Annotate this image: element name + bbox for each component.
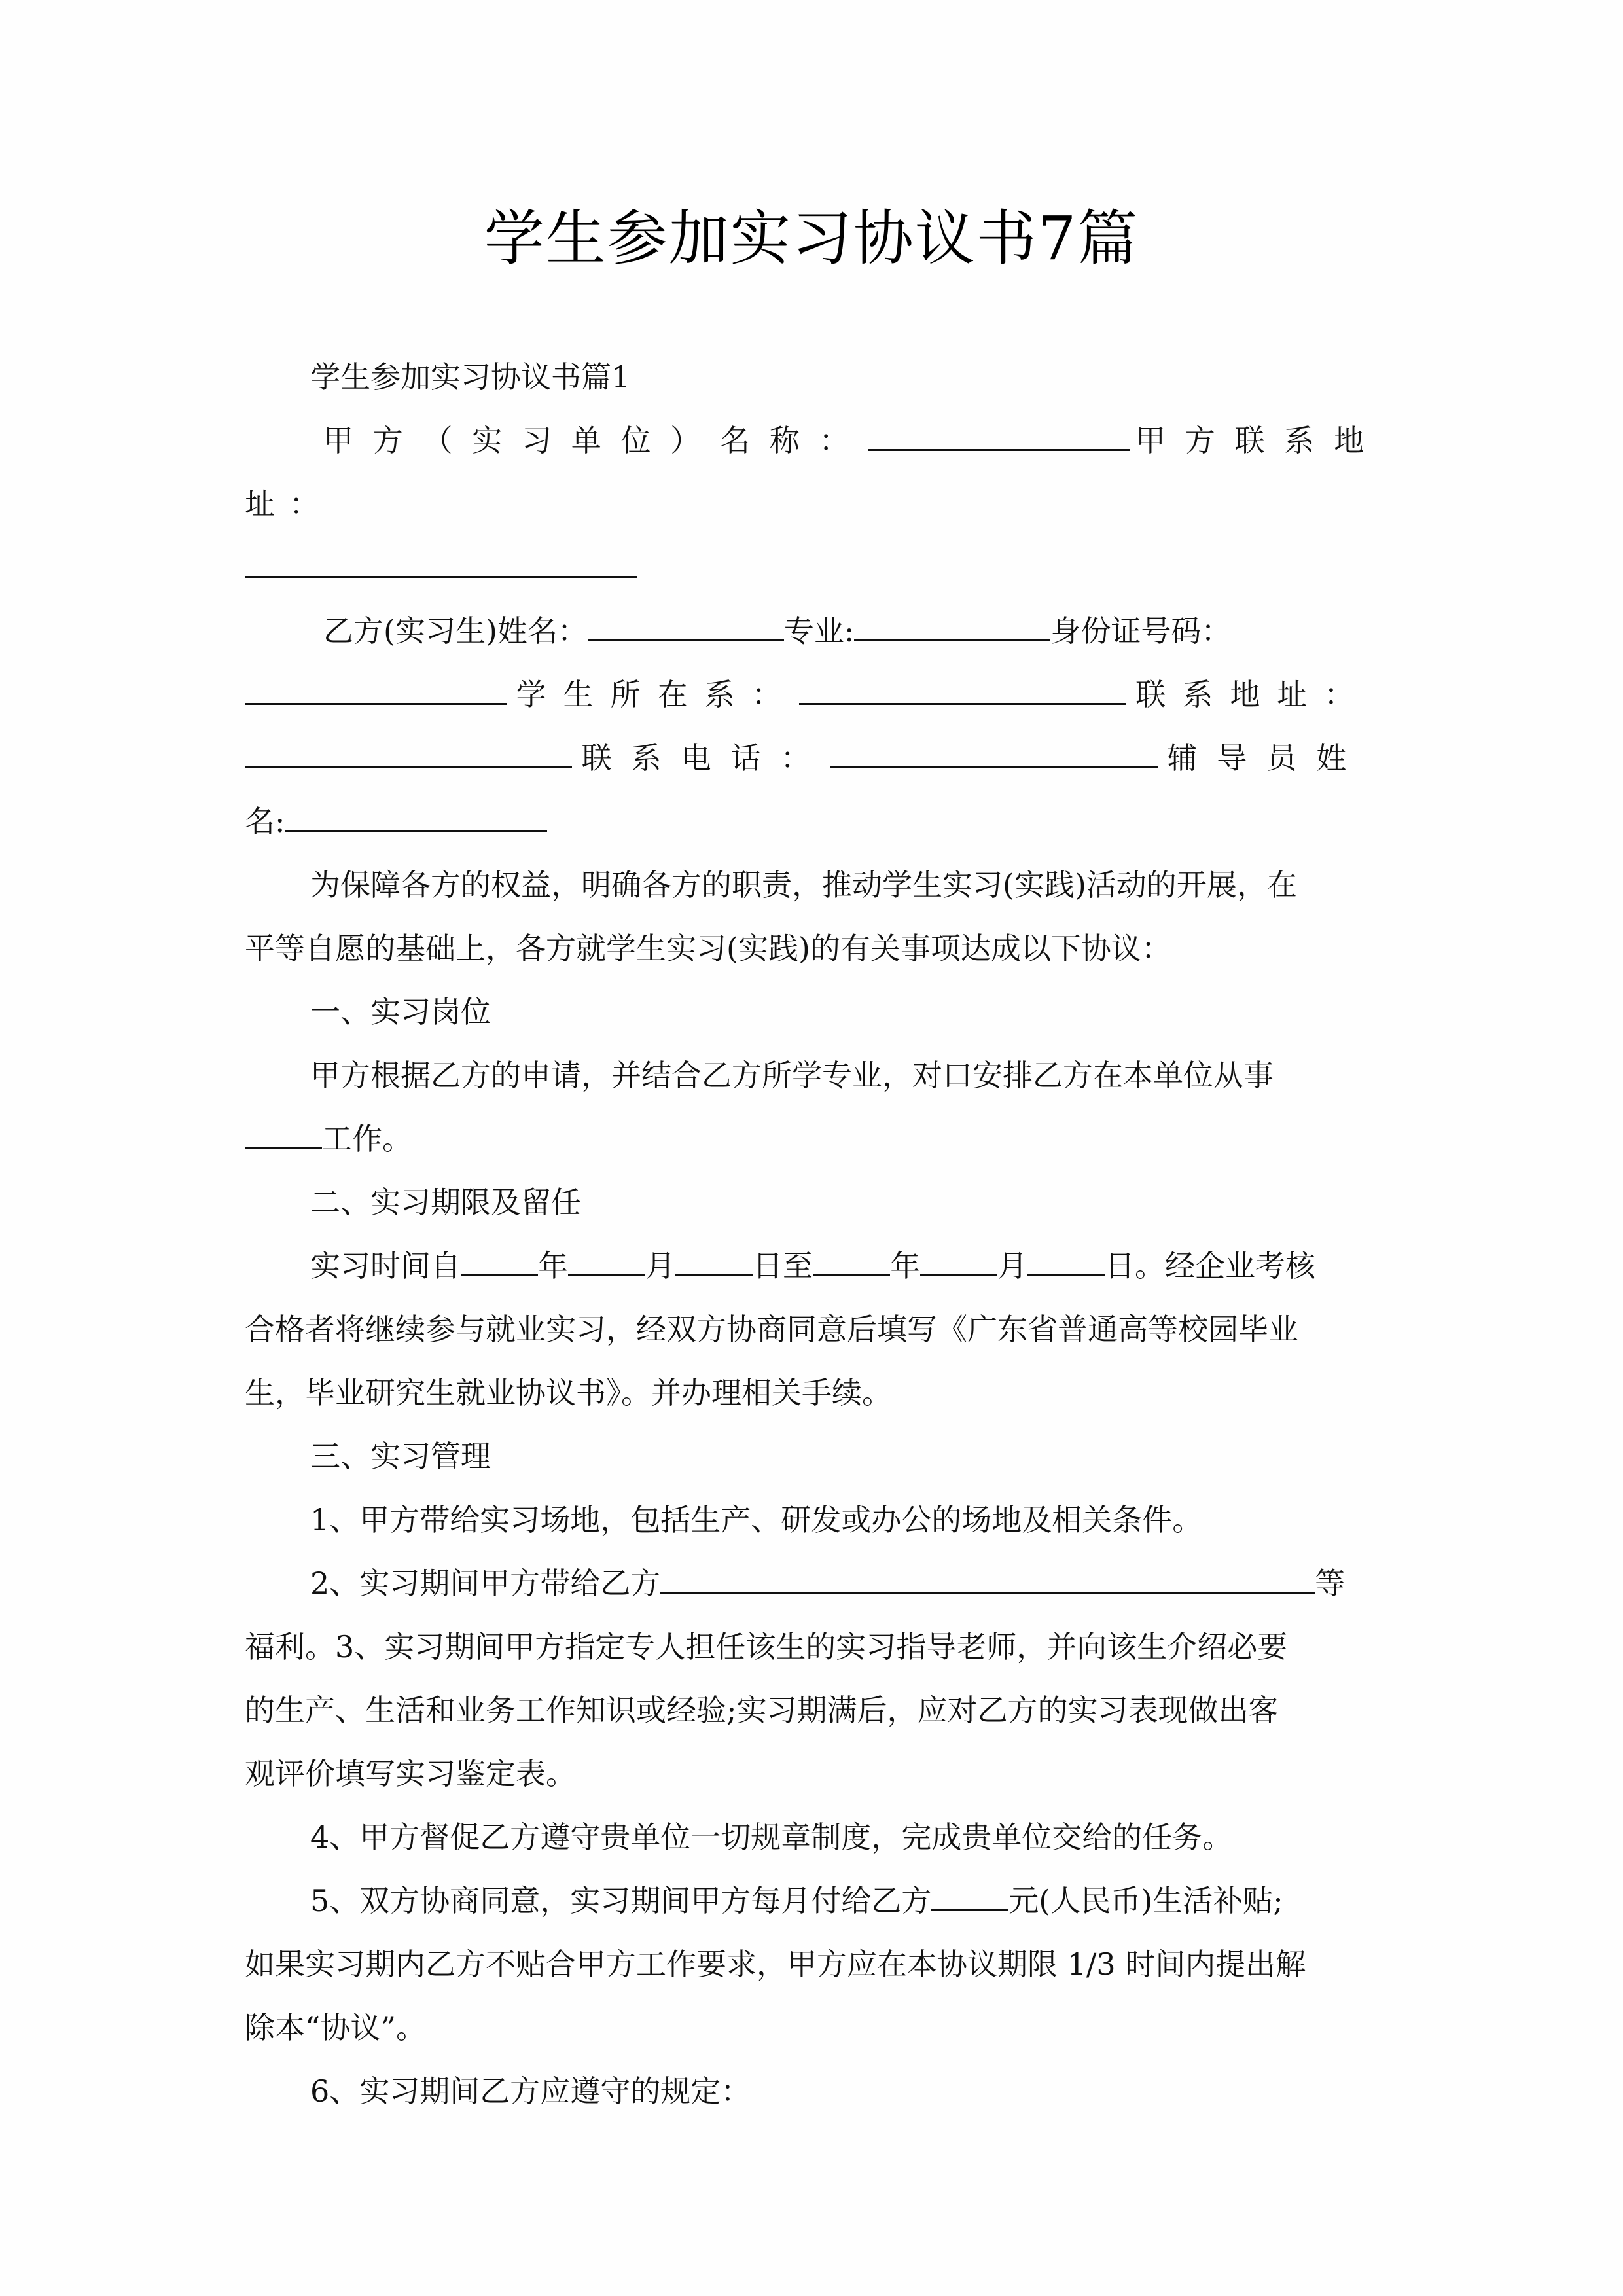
- party-b-line-1: 乙方(实习生)姓名：专业:身份证号码：: [245, 600, 1378, 663]
- item-4: 4、甲方督促乙方遵守贵单位一切规章制度，完成贵单位交给的任务。: [245, 1806, 1378, 1869]
- section-2-body-line-2: 合格者将继续参与就业实习，经双方协商同意后填写《广东省普通高等校园毕业: [245, 1298, 1378, 1361]
- party-b-address-label: 联系地址：: [1135, 677, 1371, 712]
- end-year-field[interactable]: [813, 1248, 890, 1276]
- section-3-heading: 三、实习管理: [245, 1425, 1378, 1488]
- section-heading: 学生参加实习协议书篇1: [245, 346, 1378, 409]
- allowance-field[interactable]: [931, 1883, 1008, 1911]
- party-b-line-3: 联系电话： 辅导员姓: [245, 726, 1378, 790]
- month-label-2: 月: [997, 1248, 1027, 1283]
- item-5-suffix: 元(人民币)生活补贴;: [1008, 1883, 1283, 1918]
- party-b-id-label: 身份证号码：: [1050, 613, 1231, 649]
- section-2-body-line-3: 生，毕业研究生就业协议书》。并办理相关手续。: [245, 1361, 1378, 1425]
- start-day-field[interactable]: [675, 1248, 753, 1276]
- party-b-major-label: 专业:: [784, 613, 855, 649]
- section-2-heading: 二、实习期限及留任: [245, 1171, 1378, 1234]
- document-body: 学生参加实习协议书篇1 甲方（实习单位）名称：甲方联系地址： 乙方(实习生)姓名…: [245, 346, 1378, 2123]
- item-3-line-1: 福利。3、实习期间甲方指定专人担任该生的实习指导老师，并向该生介绍必要: [245, 1615, 1378, 1679]
- party-a-address-field[interactable]: [245, 550, 637, 578]
- preamble-line-2: 平等自愿的基础上，各方就学生实习(实践)的有关事项达成以下协议：: [245, 917, 1378, 980]
- counselor-label-part1: 辅导员姓: [1167, 740, 1366, 776]
- item-2-prefix: 2、实习期间甲方带给乙方: [310, 1566, 660, 1601]
- counselor-label-part2: 名:: [245, 804, 285, 839]
- party-b-dept-label: 学生所在系：: [516, 677, 799, 712]
- party-b-phone-field[interactable]: [830, 740, 1158, 768]
- end-day-field[interactable]: [1027, 1248, 1105, 1276]
- counselor-name-field[interactable]: [285, 804, 547, 832]
- start-month-field[interactable]: [568, 1248, 645, 1276]
- party-b-phone-label: 联系电话：: [582, 740, 830, 776]
- item-5-line-3: 除本“协议”。: [245, 1996, 1378, 2060]
- party-a-address-line: [245, 536, 1378, 600]
- party-b-name-field[interactable]: [588, 613, 784, 641]
- party-b-line-2: 学生所在系： 联系地址：: [245, 663, 1378, 726]
- item-5-line-1: 5、双方协商同意，实习期间甲方每月付给乙方元(人民币)生活补贴;: [245, 1869, 1378, 1933]
- party-b-line-4: 名:: [245, 790, 1378, 853]
- party-b-major-field[interactable]: [854, 613, 1050, 641]
- job-field[interactable]: [245, 1121, 322, 1149]
- item-5-prefix: 5、双方协商同意，实习期间甲方每月付给乙方: [310, 1883, 931, 1918]
- party-b-name-label: 乙方(实习生)姓名：: [323, 613, 588, 649]
- item-3-line-2: 的生产、生活和业务工作知识或经验;实习期满后，应对乙方的实习表现做出客: [245, 1679, 1378, 1742]
- item-3-line-3: 观评价填写实习鉴定表。: [245, 1742, 1378, 1806]
- section-1-body-line-2: 工作。: [245, 1107, 1378, 1171]
- party-a-name-label: 甲方（实习单位）名称：: [323, 423, 868, 458]
- period-prefix: 实习时间自: [310, 1248, 461, 1283]
- job-suffix: 工作。: [322, 1121, 412, 1157]
- month-label-1: 月: [645, 1248, 675, 1283]
- item-2-suffix: 等: [1315, 1566, 1345, 1601]
- day-to-label: 日至: [753, 1248, 813, 1283]
- party-b-dept-field[interactable]: [799, 677, 1126, 705]
- document-title: 学生参加实习协议书7篇: [0, 196, 1623, 281]
- start-year-field[interactable]: [461, 1248, 538, 1276]
- party-a-name-field[interactable]: [868, 423, 1130, 451]
- party-b-id-field[interactable]: [245, 677, 507, 705]
- party-a-line: 甲方（实习单位）名称：甲方联系地址：: [245, 409, 1378, 536]
- year-label-1: 年: [538, 1248, 568, 1283]
- item-2: 2、实习期间甲方带给乙方等: [245, 1552, 1378, 1615]
- item-1: 1、甲方带给实习场地，包括生产、研发或办公的场地及相关条件。: [245, 1488, 1378, 1552]
- section-1-heading: 一、实习岗位: [245, 980, 1378, 1044]
- item-6: 6、实习期间乙方应遵守的规定：: [245, 2060, 1378, 2123]
- year-label-2: 年: [890, 1248, 920, 1283]
- benefits-field[interactable]: [660, 1566, 1315, 1594]
- item-5-line-2: 如果实习期内乙方不贴合甲方工作要求，甲方应在本协议期限 1/3 时间内提出解: [245, 1933, 1378, 1996]
- section-1-body-line-1: 甲方根据乙方的申请，并结合乙方所学专业，对口安排乙方在本单位从事: [245, 1044, 1378, 1107]
- party-b-address-field[interactable]: [245, 740, 572, 768]
- document-page: 学生参加实习协议书7篇 学生参加实习协议书篇1 甲方（实习单位）名称：甲方联系地…: [0, 0, 1623, 2296]
- section-2-body-line-1: 实习时间自年月日至年月日。经企业考核: [245, 1234, 1378, 1298]
- preamble-line-1: 为保障各方的权益，明确各方的职责，推动学生实习(实践)活动的开展，在: [245, 853, 1378, 917]
- end-month-field[interactable]: [920, 1248, 997, 1276]
- day-end-label: 日。经企业考核: [1105, 1248, 1315, 1283]
